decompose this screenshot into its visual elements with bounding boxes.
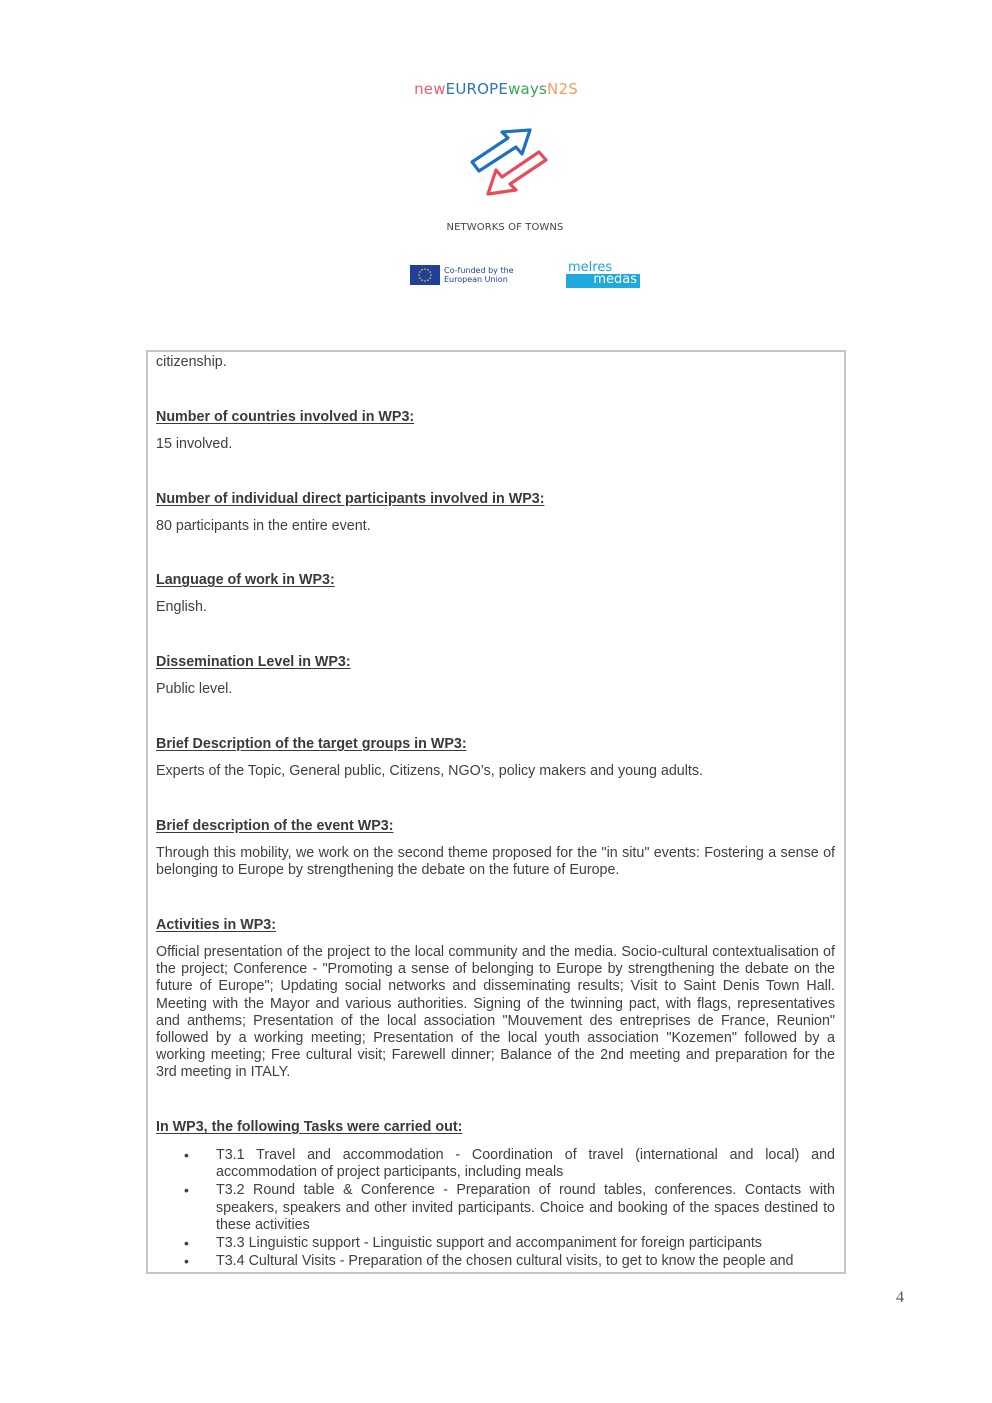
bullet-icon: • — [184, 1182, 189, 1199]
project-title: newEUROPEwaysN2S — [0, 80, 992, 98]
eu-text-line1: Co-funded by the — [444, 266, 534, 276]
project-title-part-ways: ways — [508, 80, 547, 98]
eu-text-line2: European Union — [444, 275, 534, 285]
exchange-arrows-icon — [464, 126, 554, 201]
bullet-icon: • — [184, 1253, 189, 1270]
task-text: T3.3 Linguistic support - Linguistic sup… — [216, 1235, 762, 1251]
task-list: • T3.1 Travel and accommodation - Coordi… — [156, 1147, 835, 1270]
logo-text-bottom: medas — [593, 273, 637, 287]
task-text: T3.2 Round table & Conference - Preparat… — [216, 1182, 835, 1232]
section-body-activities: Official presentation of the project to … — [156, 944, 835, 1082]
task-text: T3.4 Cultural Visits - Preparation of th… — [216, 1253, 794, 1269]
project-title-part-europe: EUROPE — [446, 80, 508, 98]
intro-tail: citizenship. — [156, 354, 835, 371]
section-heading-participants: Number of individual direct participants… — [156, 491, 835, 508]
networks-label: NETWORKS OF TOWNS — [0, 222, 992, 233]
bullet-icon: • — [184, 1235, 189, 1252]
section-heading-target-groups: Brief Description of the target groups i… — [156, 736, 835, 753]
section-heading-event: Brief description of the event WP3: — [156, 818, 835, 835]
task-item: • T3.2 Round table & Conference - Prepar… — [156, 1182, 835, 1234]
section-body-language: English. — [156, 599, 835, 616]
section-heading-countries: Number of countries involved in WP3: — [156, 409, 835, 426]
bullet-icon: • — [184, 1147, 189, 1164]
section-body-participants: 80 participants in the entire event. — [156, 518, 835, 535]
section-body-event: Through this mobility, we work on the se… — [156, 845, 835, 879]
eu-flag-icon — [410, 265, 440, 285]
section-body-countries: 15 involved. — [156, 436, 835, 453]
eu-cofunded-label: Co-funded by the European Union — [444, 266, 534, 285]
section-body-target-groups: Experts of the Topic, General public, Ci… — [156, 763, 835, 780]
project-title-part-n2s: N2S — [547, 80, 578, 98]
task-text: T3.1 Travel and accommodation - Coordina… — [216, 1147, 835, 1180]
section-body-dissemination: Public level. — [156, 681, 835, 698]
section-heading-dissemination: Dissemination Level in WP3: — [156, 654, 835, 671]
page-number: 4 — [896, 1289, 904, 1307]
project-title-part-new: new — [414, 80, 446, 98]
tasks-heading: In WP3, the following Tasks were carried… — [156, 1119, 835, 1136]
section-heading-activities: Activities in WP3: — [156, 917, 835, 934]
funding-logos: Co-funded by the European Union melres m… — [410, 262, 640, 288]
melres-medas-logo: melres medas — [566, 263, 640, 287]
task-item: • T3.3 Linguistic support - Linguistic s… — [156, 1235, 835, 1252]
task-item: • T3.1 Travel and accommodation - Coordi… — [156, 1147, 835, 1181]
task-item: • T3.4 Cultural Visits - Preparation of … — [156, 1253, 835, 1270]
section-heading-language: Language of work in WP3: — [156, 572, 835, 589]
content-box: citizenship. Number of countries involve… — [146, 350, 846, 1274]
